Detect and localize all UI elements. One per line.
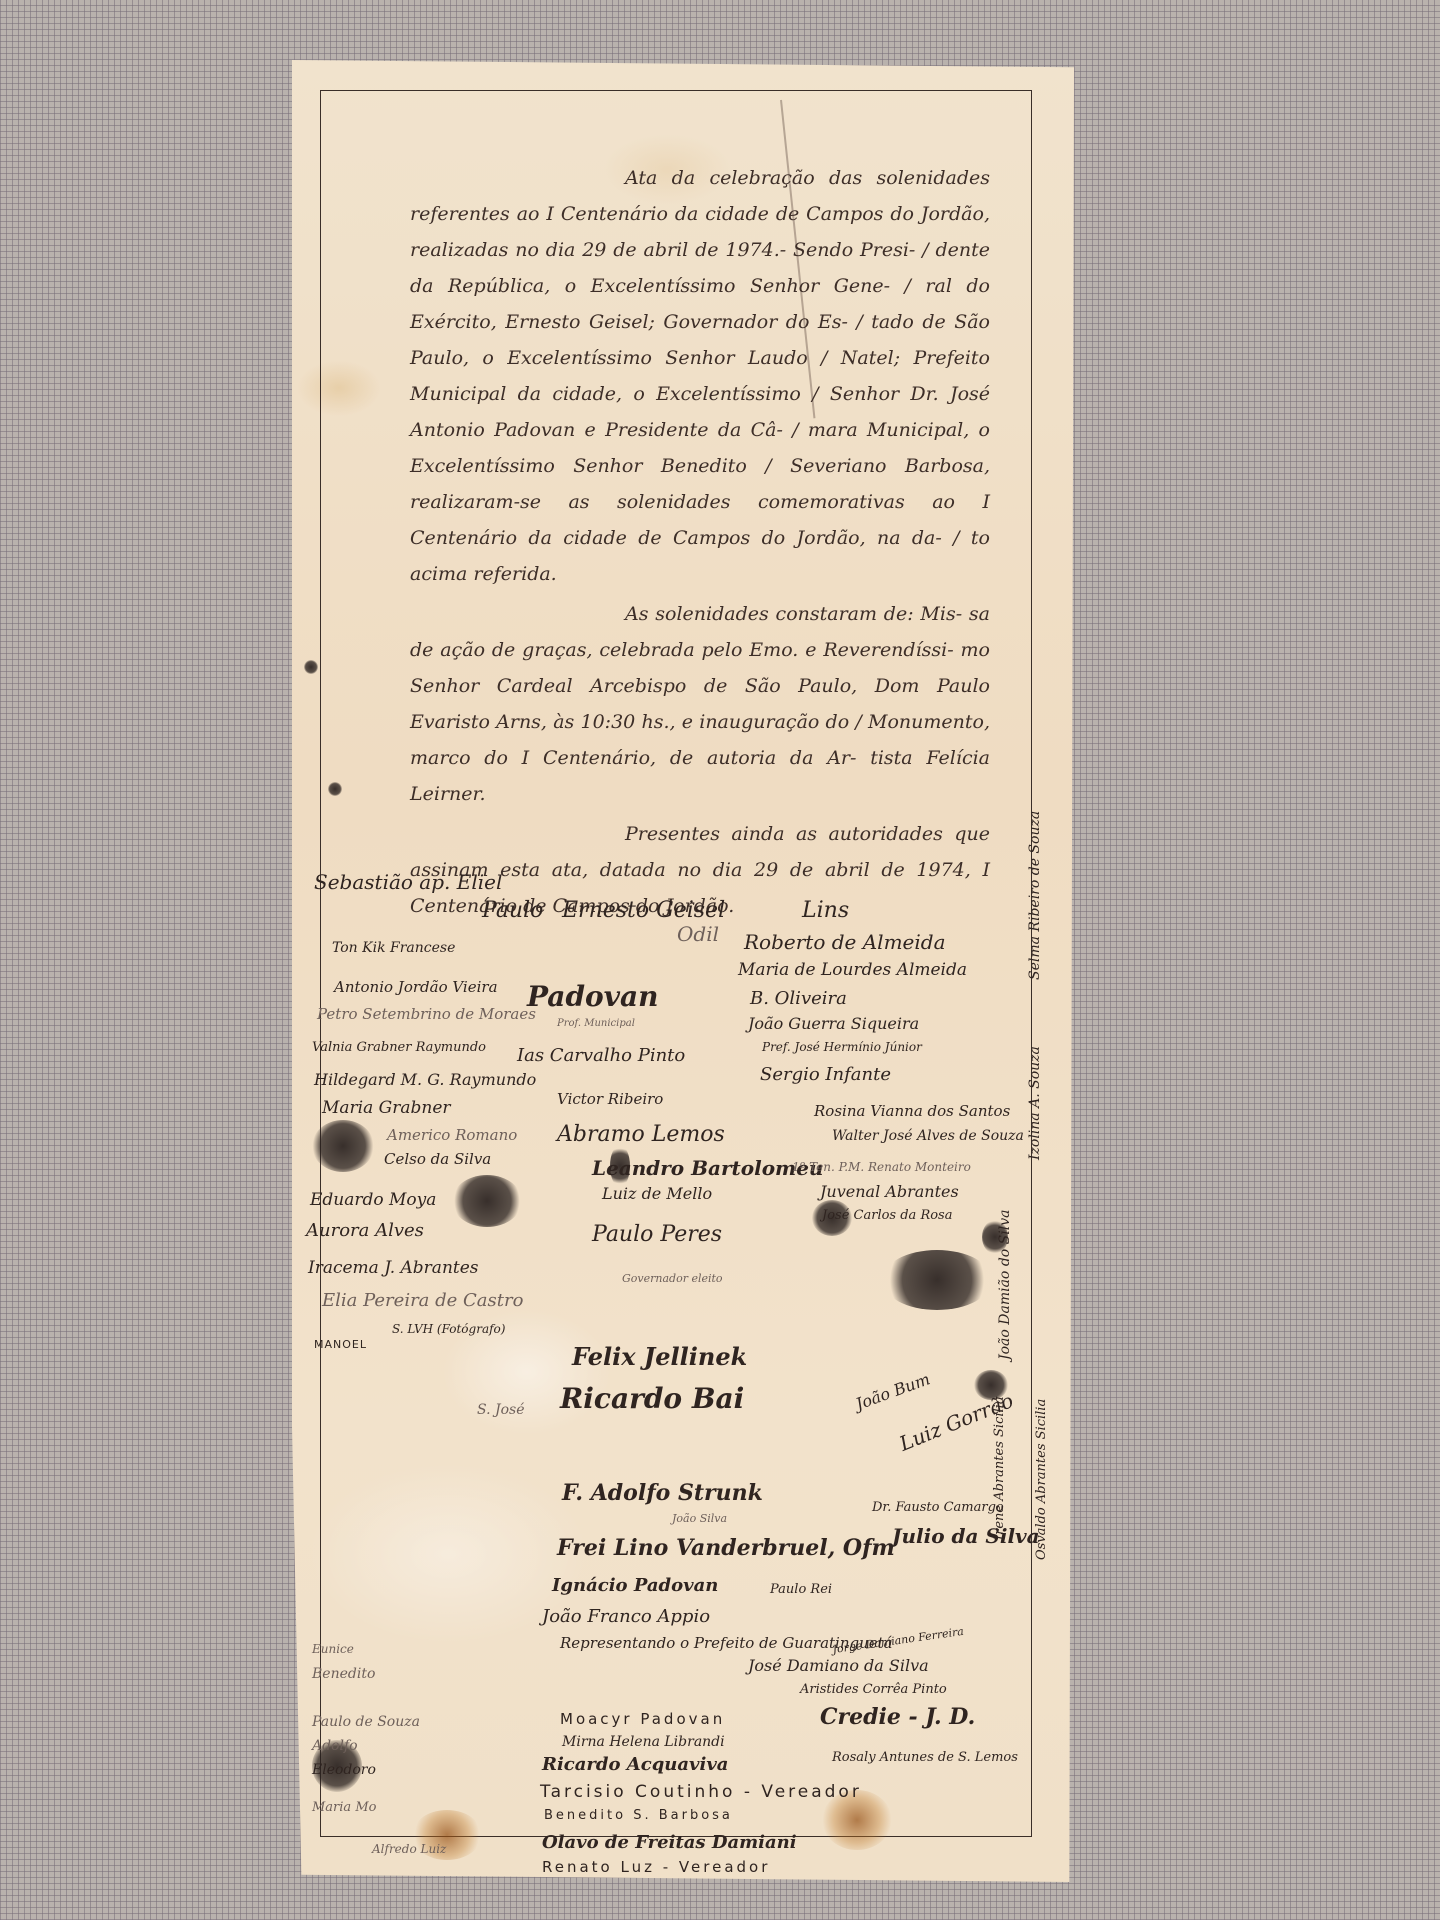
signature: Leandro Bartolomeu xyxy=(592,1156,823,1180)
signature-vertical: Selma Ribeiro de Souza xyxy=(1027,811,1043,980)
signature: Roberto de Almeida xyxy=(744,930,946,954)
signature: Aurora Alves xyxy=(306,1220,424,1241)
signature-vertical: Irene Abrantes Sicilia xyxy=(992,1396,1007,1540)
signature: Julio da Silva xyxy=(892,1524,1040,1548)
ink-stain xyxy=(452,1175,522,1227)
signature: Valnia Grabner Raymundo xyxy=(312,1040,486,1055)
signature: Juvenal Abrantes xyxy=(820,1182,959,1201)
signature: MANOEL xyxy=(314,1338,367,1351)
signature: João Franco Appio xyxy=(542,1606,710,1627)
signature: Dr. Fausto Camargo xyxy=(872,1500,1004,1515)
signature: João Silva xyxy=(672,1512,727,1525)
signature: Credie - J. D. xyxy=(820,1704,975,1730)
signature: Adolfo xyxy=(312,1738,358,1754)
signature: José Damiano da Silva xyxy=(748,1656,929,1675)
signature: Sebastião ap. Eliel xyxy=(314,870,502,894)
paragraph-2: As solenidades constaram de: Mis- sa de … xyxy=(410,596,990,812)
signature: Elia Pereira de Castro xyxy=(322,1290,523,1311)
signature: Eleodoro xyxy=(312,1762,376,1778)
signature: Mirna Helena Librandi xyxy=(562,1734,725,1750)
paragraph-1: Ata da celebração das solenidades refere… xyxy=(410,160,990,592)
signature: Tarcisio Coutinho - Vereador xyxy=(540,1782,862,1802)
signature: Aristides Corrêa Pinto xyxy=(800,1682,947,1697)
signature: Victor Ribeiro xyxy=(557,1090,663,1108)
signature: Walter José Alves de Souza xyxy=(832,1128,1024,1144)
signature: João Guerra Siqueira xyxy=(748,1014,919,1033)
signature: Moacyr Padovan xyxy=(560,1710,725,1728)
signature: Benedito S. Barbosa xyxy=(544,1808,733,1823)
signature-vertical: Izolina A. Souza xyxy=(1027,1046,1043,1160)
signature: Maria Mo xyxy=(312,1800,376,1815)
signature: Ricardo Bai xyxy=(560,1382,744,1415)
signature: Rosaly Antunes de S. Lemos xyxy=(832,1750,1018,1765)
signature: Sergio Infante xyxy=(760,1064,891,1085)
signature: Eunice xyxy=(312,1642,354,1656)
signature: Luiz de Mello xyxy=(602,1184,712,1203)
signature: Paulo Peres xyxy=(592,1222,722,1247)
signature: 1º Ten. P.M. Renato Monteiro xyxy=(792,1160,971,1174)
signature: Ricardo Acquaviva xyxy=(542,1754,728,1775)
signature: Ernesto Geisel xyxy=(562,898,725,923)
signature: Ton Kik Francese xyxy=(332,940,455,956)
signature: Celso da Silva xyxy=(384,1150,491,1168)
signature: Prof. Municipal xyxy=(557,1018,635,1029)
signature: Paulo Rei xyxy=(770,1582,832,1597)
signature: Abramo Lemos xyxy=(557,1122,725,1147)
signature: Alfredo Luiz xyxy=(372,1842,446,1856)
document-body: Ata da celebração das solenidades refere… xyxy=(410,160,990,924)
signature: Benedito xyxy=(312,1666,375,1682)
signature: Maria Grabner xyxy=(322,1098,451,1118)
signature: José Carlos da Rosa xyxy=(822,1208,952,1223)
signature: Maria de Lourdes Almeida xyxy=(738,960,967,980)
signature: Odil xyxy=(677,922,719,946)
signature: Ias Carvalho Pinto xyxy=(517,1045,685,1066)
signature-vertical: João Damião do Silva xyxy=(997,1210,1013,1360)
signature-vertical: Osvaldo Abrantes Sicilia xyxy=(1034,1399,1049,1560)
signature: Lins xyxy=(802,898,849,923)
signature: Felix Jellinek xyxy=(572,1342,747,1371)
signature: B. Oliveira xyxy=(750,988,847,1009)
signature: Pref. José Hermínio Júnior xyxy=(762,1040,922,1054)
signature: Petro Setembrino de Moraes xyxy=(317,1005,536,1023)
signature: Paulo de Souza xyxy=(312,1714,420,1730)
document-paper: Ata da celebração das solenidades refere… xyxy=(292,60,1074,1882)
signature: Hildegard M. G. Raymundo xyxy=(314,1070,536,1089)
signature: Governador eleito xyxy=(622,1272,723,1285)
signature: Iracema J. Abrantes xyxy=(308,1258,479,1278)
signature: Americo Romano xyxy=(387,1126,517,1144)
ink-stain xyxy=(882,1250,992,1310)
signature: Rosina Vianna dos Santos xyxy=(814,1102,1010,1120)
signature: Frei Lino Vanderbruel, Ofm xyxy=(557,1535,895,1561)
signature: F. Adolfo Strunk xyxy=(562,1480,763,1506)
ink-spot xyxy=(328,782,342,796)
ink-stain xyxy=(312,1120,374,1172)
signature: Antonio Jordão Vieira xyxy=(334,978,498,996)
signature: Olavo de Freitas Damiani xyxy=(542,1832,797,1853)
signature: Renato Luz - Vereador xyxy=(542,1858,770,1876)
signature: Paulo xyxy=(482,898,543,923)
signature: S. José xyxy=(477,1402,525,1418)
signature: Eduardo Moya xyxy=(310,1190,436,1210)
ink-spot xyxy=(304,660,318,674)
signature: Padovan xyxy=(527,980,658,1013)
signature: Ignácio Padovan xyxy=(552,1575,718,1596)
signature: S. LVH (Fotógrafo) xyxy=(392,1322,505,1336)
